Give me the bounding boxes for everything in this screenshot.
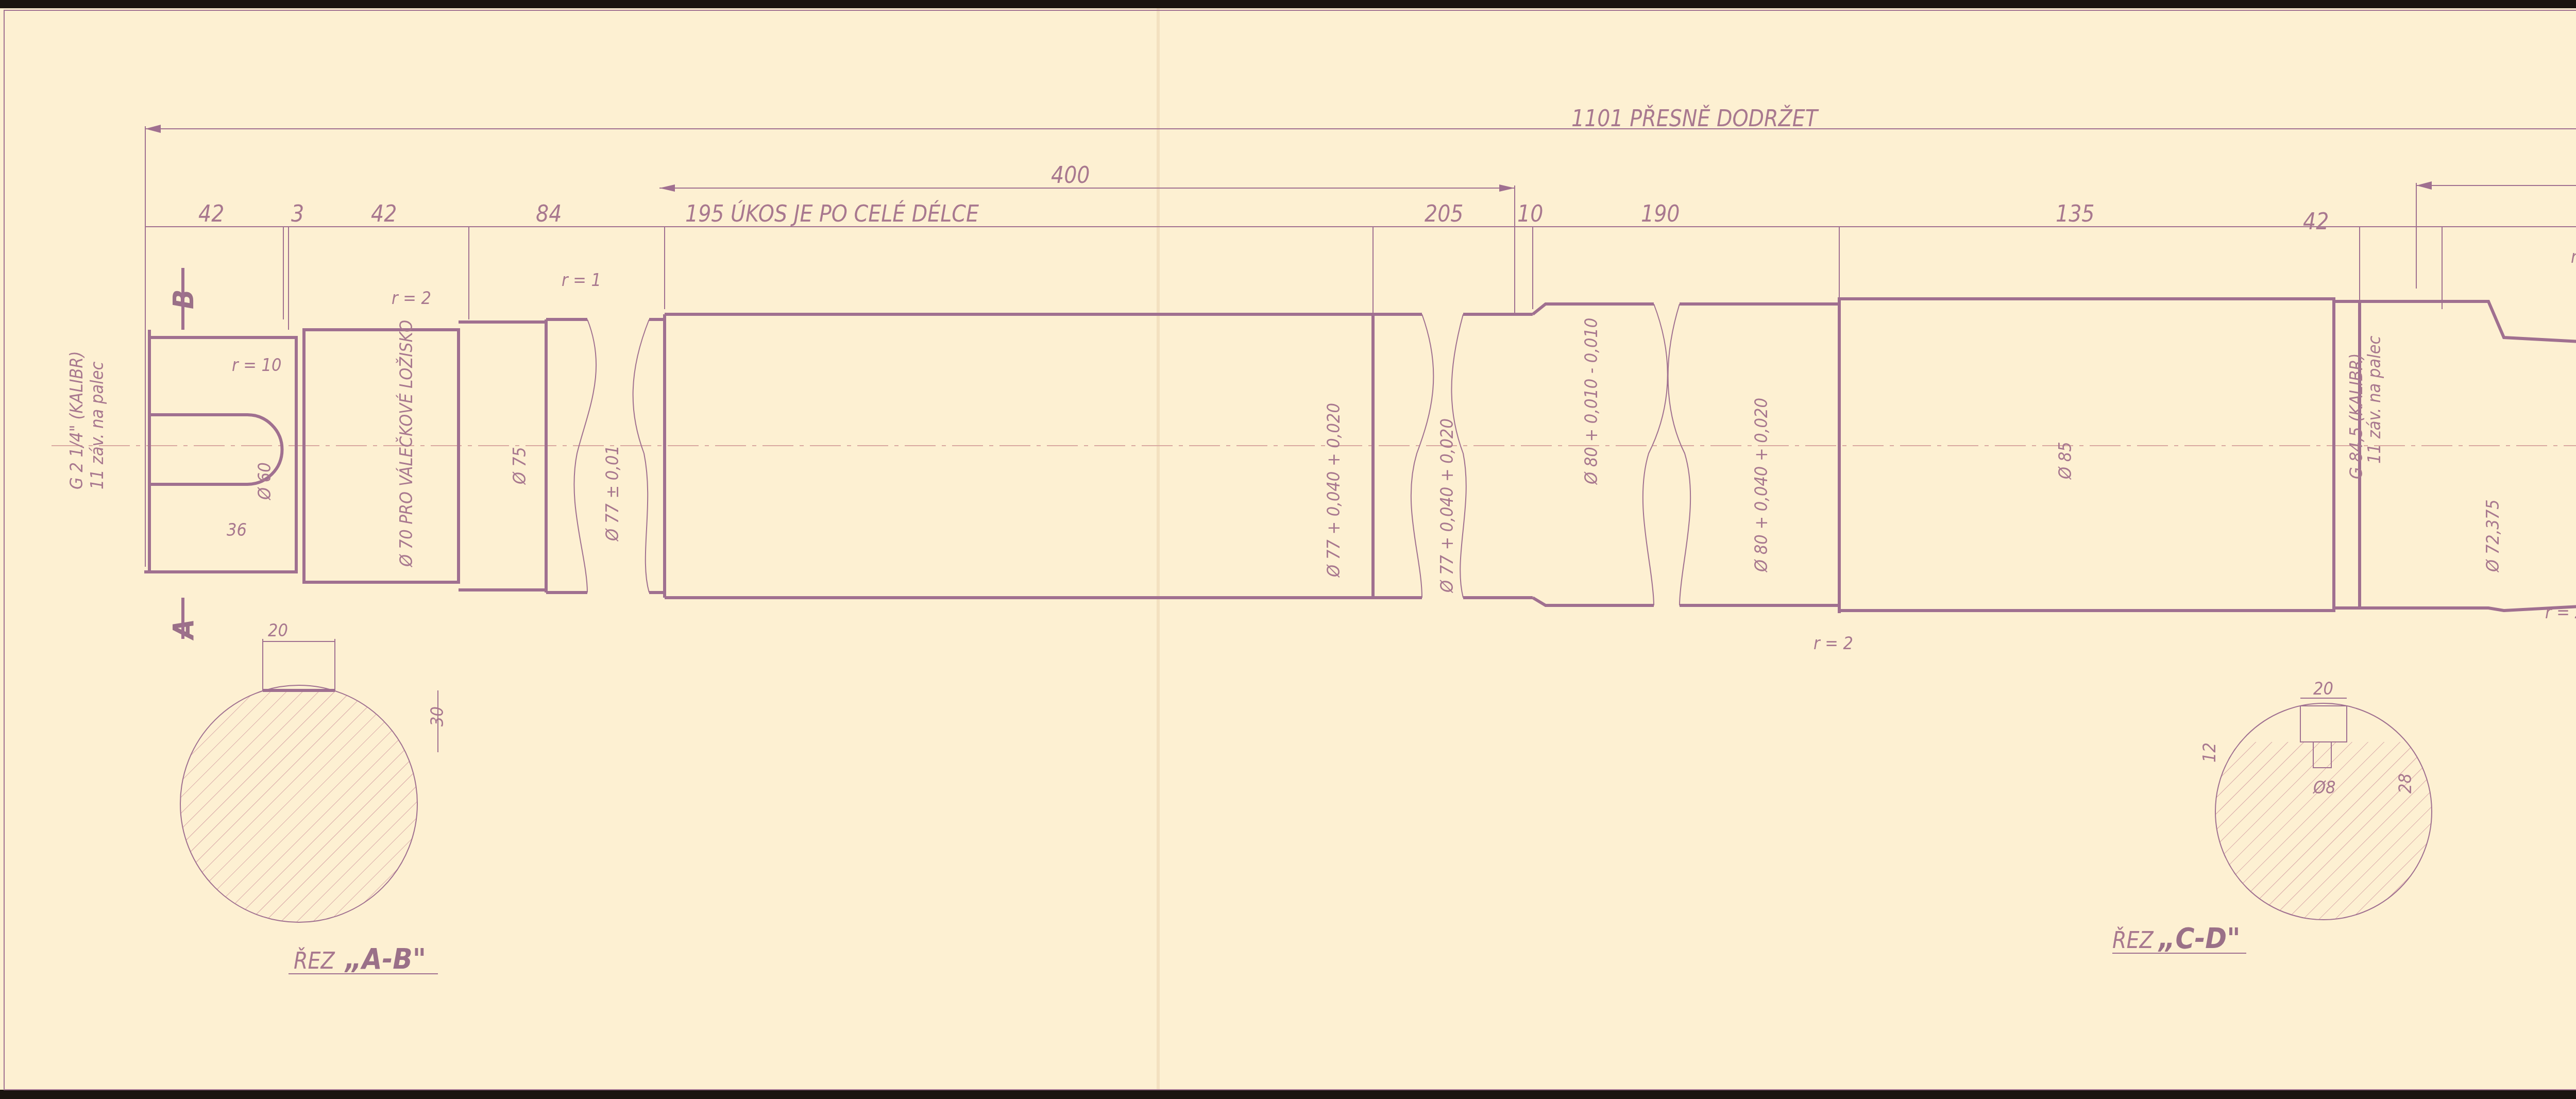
svg-text:28: 28 <box>2395 773 2416 793</box>
overall-length-note: 1101 PŘESNĚ DODRŽET <box>1571 105 1819 132</box>
svg-text:„A-B": „A-B" <box>344 942 426 976</box>
chain-dimensions: 42 3 42 84 195 ÚKOS JE PO CELÉ DÉLCE 205… <box>145 200 2576 350</box>
svg-text:11 záv. na palec: 11 záv. na palec <box>2364 335 2385 464</box>
svg-text:Ø 77 + 0,040 + 0,020: Ø 77 + 0,040 + 0,020 <box>1324 403 1344 578</box>
svg-text:42: 42 <box>2303 209 2329 235</box>
svg-text:r = 10: r = 10 <box>232 355 282 376</box>
svg-text:Ø 80 + 0,040 + 0,020: Ø 80 + 0,040 + 0,020 <box>1751 398 1772 573</box>
svg-text:ŘEZ: ŘEZ <box>2112 926 2154 954</box>
svg-text:Ø 75: Ø 75 <box>510 447 530 485</box>
svg-text:135: 135 <box>2056 201 2095 227</box>
shaft-outline <box>144 299 2576 613</box>
svg-text:205: 205 <box>1425 201 1464 227</box>
svg-text:400: 400 <box>1051 162 1090 189</box>
diameter-annotations: G 2 1/4" (KALIBR) 11 záv. na palec Ø 60 … <box>66 318 2576 594</box>
svg-text:20: 20 <box>2313 679 2333 699</box>
svg-text:30: 30 <box>427 706 448 726</box>
svg-text:Ø 77 + 0,040 + 0,020: Ø 77 + 0,040 + 0,020 <box>1437 418 1458 594</box>
svg-text:Ø8: Ø8 <box>2312 777 2336 798</box>
section-cd-view: 20 12 Ø8 28 ŘEZ „C-D" <box>2112 679 2437 955</box>
break-lines <box>574 304 1690 605</box>
svg-text:3: 3 <box>291 201 304 227</box>
svg-text:36: 36 <box>227 520 247 540</box>
svg-text:Ø 85: Ø 85 <box>2055 442 2076 480</box>
svg-text:r = 2: r = 2 <box>2545 602 2576 623</box>
svg-text:20: 20 <box>268 620 288 641</box>
overall-dimension: 1101 PŘESNĚ DODRŽET <box>145 105 2576 567</box>
dimension-400: 400 <box>659 162 1515 314</box>
svg-text:Ø 60: Ø 60 <box>255 462 275 501</box>
svg-text:190: 190 <box>1641 201 1680 227</box>
svg-text:G 2 1/4" (KALIBR): G 2 1/4" (KALIBR) <box>66 351 87 489</box>
svg-text:Ø 80 + 0,010 - 0,010: Ø 80 + 0,010 - 0,010 <box>1581 318 1602 485</box>
svg-text:r = 2: r = 2 <box>1814 633 1853 654</box>
svg-text:r = 2: r = 2 <box>392 288 431 309</box>
svg-text:Ø 72,375: Ø 72,375 <box>2483 499 2503 573</box>
section-ab-view: 20 30 ŘEZ „A-B" <box>175 620 448 976</box>
svg-text:84: 84 <box>536 201 562 227</box>
svg-text:42: 42 <box>198 201 224 227</box>
svg-text:42: 42 <box>371 201 397 227</box>
svg-text:r = 35: r = 35 <box>2571 247 2576 267</box>
drawing-sheet: 1101 PŘESNĚ DODRŽET 400 143 42 3 42 84 1… <box>0 0 2576 1099</box>
svg-text:Ø 77 ± 0,01: Ø 77 ± 0,01 <box>602 445 623 542</box>
svg-text:12: 12 <box>2199 742 2220 763</box>
svg-text:10: 10 <box>1517 201 1543 227</box>
svg-text:„C-D": „C-D" <box>2158 922 2240 955</box>
svg-text:G 84,5 (KALIBR): G 84,5 (KALIBR) <box>2346 353 2367 479</box>
dimension-143: 143 <box>2416 160 2576 289</box>
svg-text:r = 1: r = 1 <box>562 270 601 291</box>
shaft-drawing: 1101 PŘESNĚ DODRŽET 400 143 42 3 42 84 1… <box>0 0 2576 1099</box>
svg-text:ŘEZ: ŘEZ <box>294 947 335 974</box>
svg-text:11 záv. na palec: 11 záv. na palec <box>87 361 108 489</box>
taper-note: 195 ÚKOS JE PO CELÉ DÉLCE <box>685 200 979 227</box>
svg-text:Ø 70 PRO VÁLEČKOVÉ LOŽISKO: Ø 70 PRO VÁLEČKOVÉ LOŽISKO <box>396 320 417 568</box>
